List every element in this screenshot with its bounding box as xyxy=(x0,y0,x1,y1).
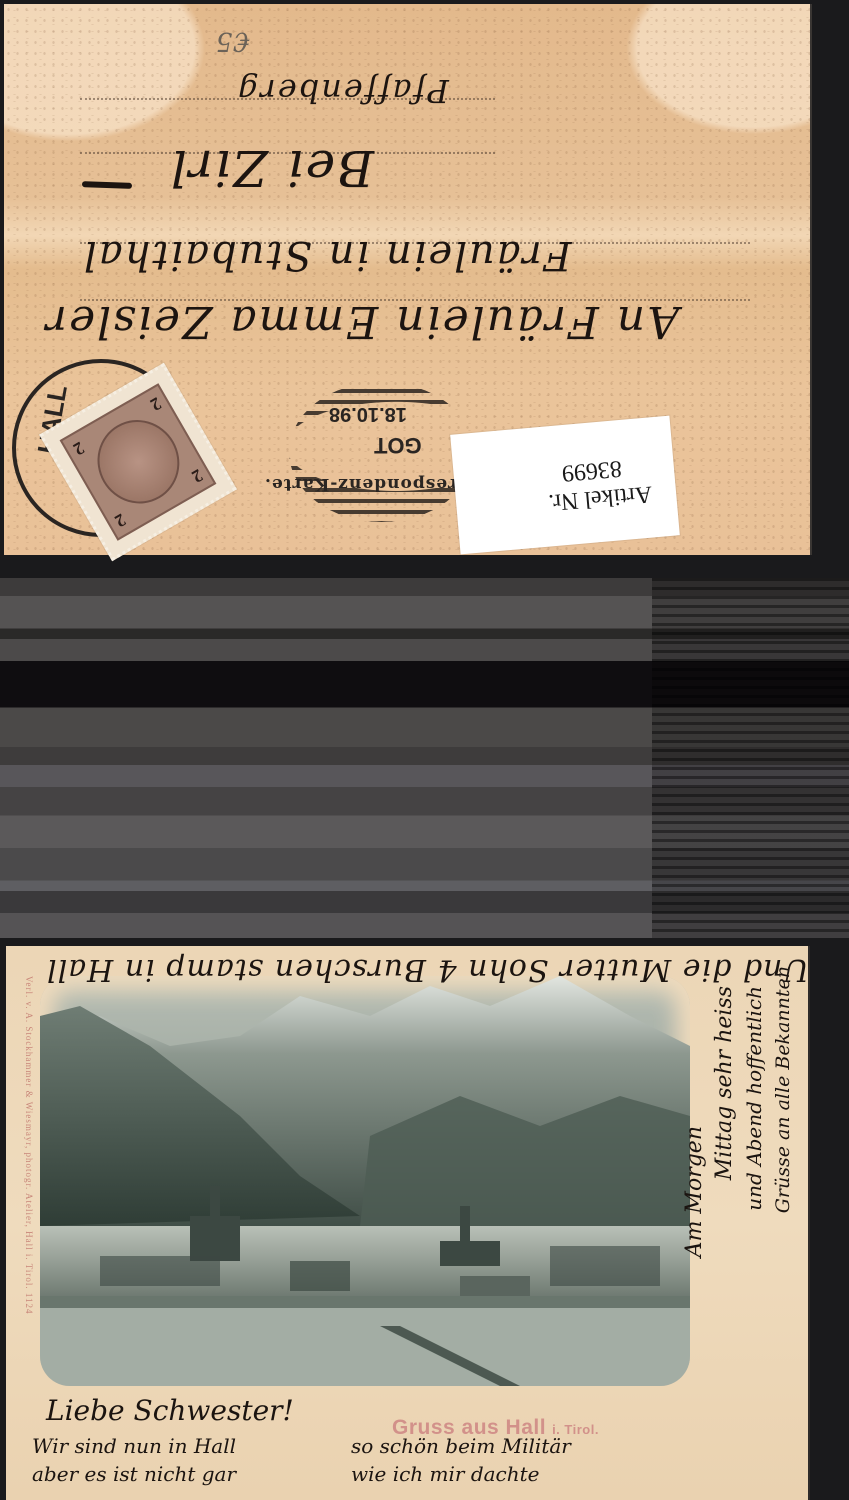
stamp-value: 2 xyxy=(188,464,206,487)
article-number: 83699 xyxy=(561,454,623,486)
address-line-1: An Fräulein Emma Zeisler xyxy=(44,296,679,347)
handwriting-margin: Am Morgen xyxy=(682,1126,707,1257)
postcard-back: €5 Pfaffenberg Bei Zirl Fräulein in Stub… xyxy=(4,4,812,555)
town-panorama-photo xyxy=(40,976,690,1386)
pencil-price-note: €5 xyxy=(216,26,249,56)
handwriting-margin: Mittag sehr heiss xyxy=(712,986,737,1180)
handwriting-line: so schön beim Militär xyxy=(351,1434,571,1458)
cancel-code: GOT xyxy=(374,432,422,458)
handwriting-greeting: Liebe Schwester! xyxy=(46,1394,294,1427)
handwriting-line: wie ich mir dachte xyxy=(351,1462,540,1486)
postcard-front: Verl. v. A. Stockhammer & Wiesmayr, phot… xyxy=(6,946,810,1500)
stamp-value: 2 xyxy=(111,509,129,532)
handwriting-line: Wir sind nun in Hall xyxy=(32,1434,236,1458)
mountain-landscape xyxy=(40,976,690,1386)
cancel-date: 18.10.98 xyxy=(329,402,407,425)
handwriting-margin: Grüsse an alle Bekannten xyxy=(772,966,794,1213)
publisher-imprint: Verl. v. A. Stockhammer & Wiesmayr, phot… xyxy=(14,976,34,1336)
handwriting-line: aber es ist nicht gar xyxy=(32,1462,236,1486)
stamp-value: 2 xyxy=(70,437,88,460)
address-line-4: Pfaffenberg xyxy=(236,72,449,110)
scan-artifact-stripes-right xyxy=(652,578,849,938)
stamp-value: 2 xyxy=(147,392,165,415)
stamp-emblem xyxy=(82,405,194,519)
article-number-label: Artikel Nr. 83699 xyxy=(450,416,680,555)
address-line-3: Bei Zirl xyxy=(169,139,374,197)
handwriting-top: Und die Mutter Sohn 4 Burschen stamp in … xyxy=(46,952,809,987)
address-line-2: Fräulein in Stubaithal xyxy=(82,232,571,278)
handwriting-margin: und Abend hoffentlich xyxy=(742,986,766,1211)
